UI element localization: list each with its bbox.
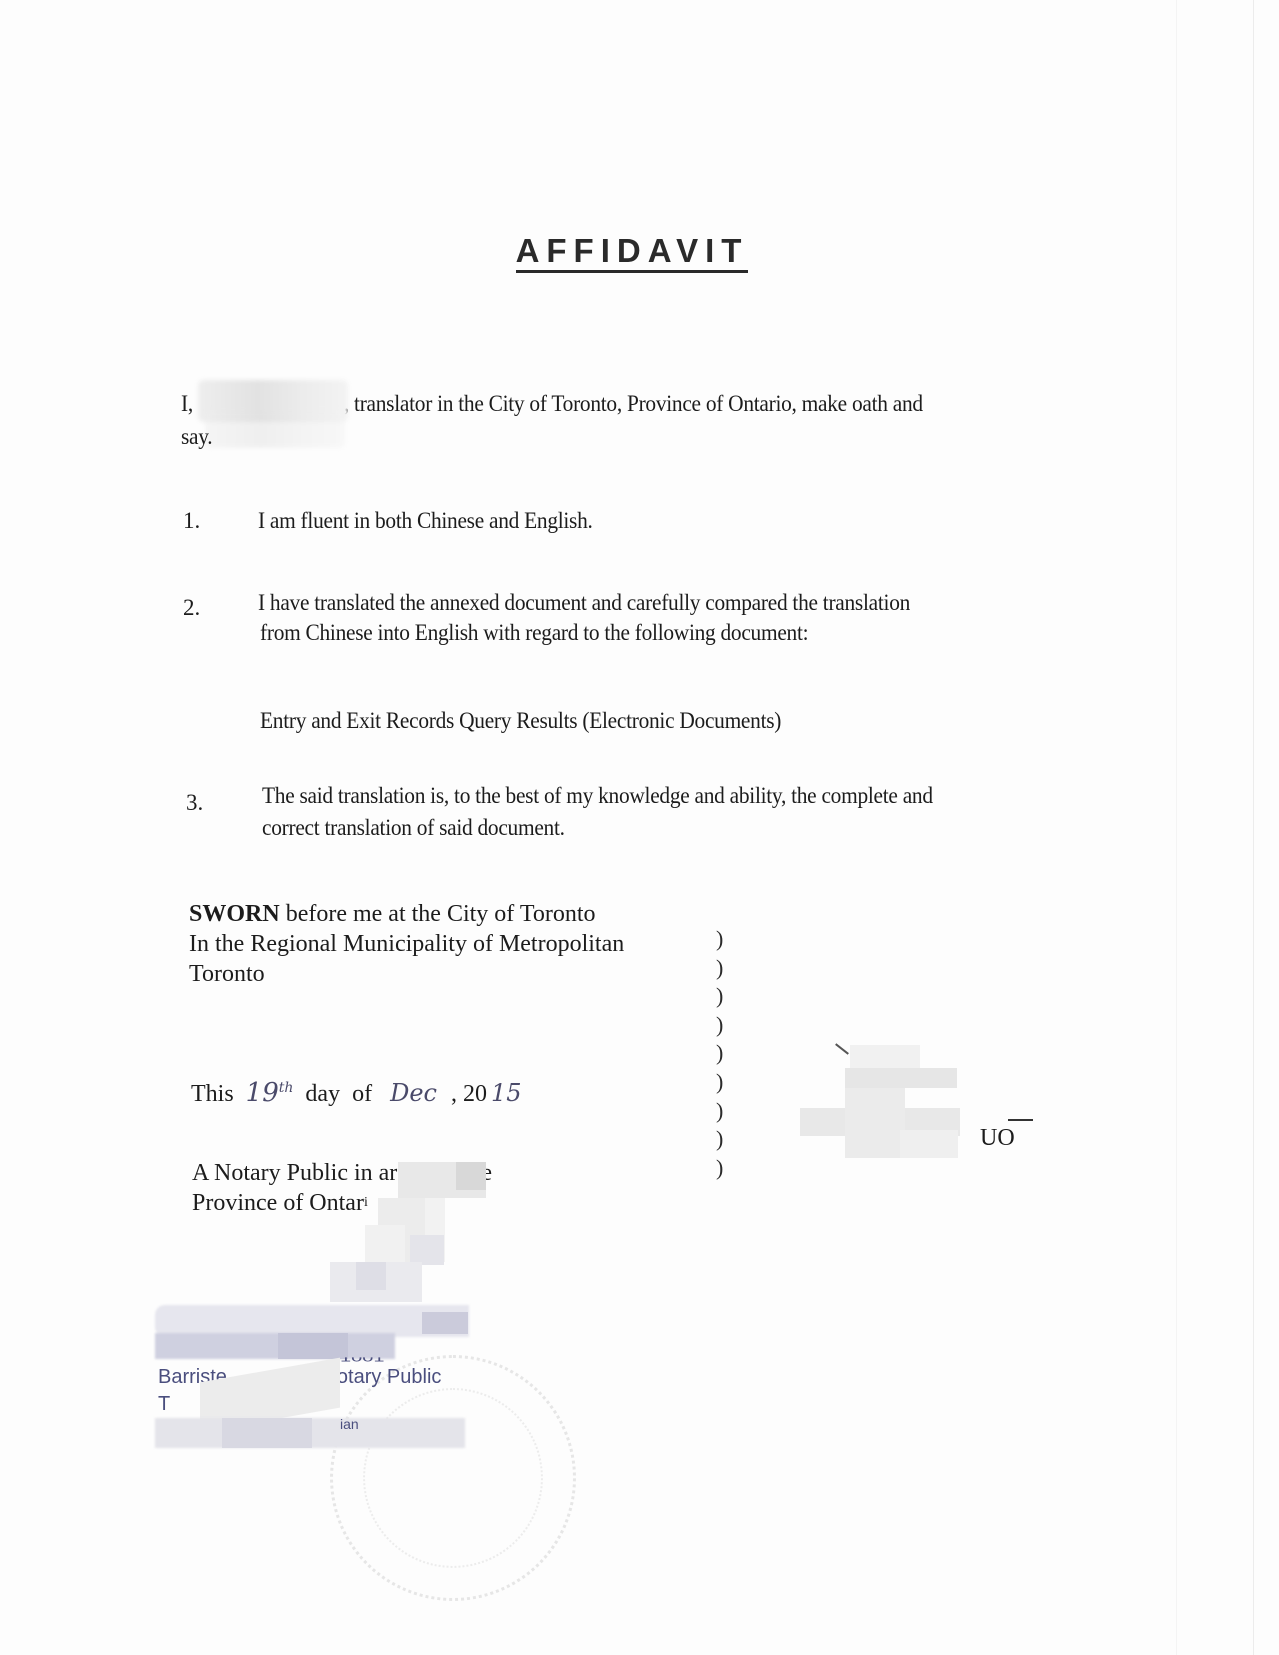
paragraph-2-line-1: I have translated the annexed document a…	[258, 587, 910, 618]
paren-marker: )	[716, 1011, 723, 1040]
paren-marker: )	[716, 1068, 723, 1097]
document-title: AFFIDAVIT	[0, 232, 1264, 270]
sworn-line-1-rest: before me at the City of Toronto	[280, 901, 596, 927]
paragraph-3-line-1: The said translation is, to the best of …	[262, 780, 933, 811]
paragraph-3-line-2: correct translation of said document.	[262, 812, 565, 843]
handwritten-day: 19	[246, 1078, 279, 1108]
redacted-translator-name-lower	[205, 410, 345, 448]
sworn-line-1: SWORN before me at the City of Toronto	[189, 899, 595, 929]
annexed-document-name: Entry and Exit Records Query Results (El…	[260, 705, 781, 736]
paragraph-3-number: 3.	[186, 790, 203, 816]
paren-marker: )	[716, 1097, 723, 1126]
paren-marker: )	[716, 1039, 723, 1068]
notary-line-2-tail: i	[364, 1195, 368, 1210]
sworn-line-3: Toronto	[189, 959, 265, 989]
stamp-line-2: T	[158, 1393, 170, 1416]
date-day-of: day of	[305, 1081, 372, 1107]
notary-line-2: Province of Ontari	[192, 1188, 368, 1218]
paren-column: ) ) ) ) ) ) ) ) )	[716, 925, 723, 1182]
signature-stroke	[835, 1043, 849, 1054]
paren-marker: )	[716, 1154, 723, 1183]
date-this: This	[191, 1081, 234, 1107]
date-line: This 19th day of Dec , 2015	[191, 1073, 522, 1109]
notary-line-2-text: Province of Ontar	[192, 1190, 364, 1216]
paragraph-1-text: I am fluent in both Chinese and English.	[258, 505, 593, 536]
sworn-line-2: In the Regional Municipality of Metropol…	[189, 929, 624, 959]
handwritten-month: Dec	[390, 1079, 437, 1107]
notary-line-1-text: A Notary Public in ar	[192, 1160, 397, 1186]
intro-continuation: say.	[181, 421, 212, 452]
paragraph-1-number: 1.	[183, 508, 200, 534]
paragraph-2-line-2: from Chinese into English with regard to…	[260, 617, 808, 648]
stamp-notary-public: otary Public	[337, 1366, 442, 1388]
intro-text: , translator in the City of Toronto, Pro…	[344, 391, 923, 416]
document-title-text: AFFIDAVIT	[516, 232, 749, 273]
notary-seal-embossed	[330, 1355, 576, 1601]
stamp-line-3-fragment: ian	[340, 1416, 359, 1432]
signature-line-dash	[1008, 1119, 1033, 1121]
date-year-prefix: , 20	[451, 1081, 487, 1107]
paren-marker: )	[716, 1125, 723, 1154]
handwritten-day-suffix: th	[279, 1080, 294, 1096]
paren-marker: )	[716, 925, 723, 954]
deponent-signature-fragment: UO	[980, 1123, 1015, 1153]
paren-marker: )	[716, 954, 723, 983]
handwritten-year: 15	[491, 1079, 522, 1107]
intro-prefix: I,	[181, 391, 193, 416]
paragraph-2-number: 2.	[183, 595, 200, 621]
sworn-keyword: SWORN	[189, 901, 280, 927]
paren-marker: )	[716, 982, 723, 1011]
